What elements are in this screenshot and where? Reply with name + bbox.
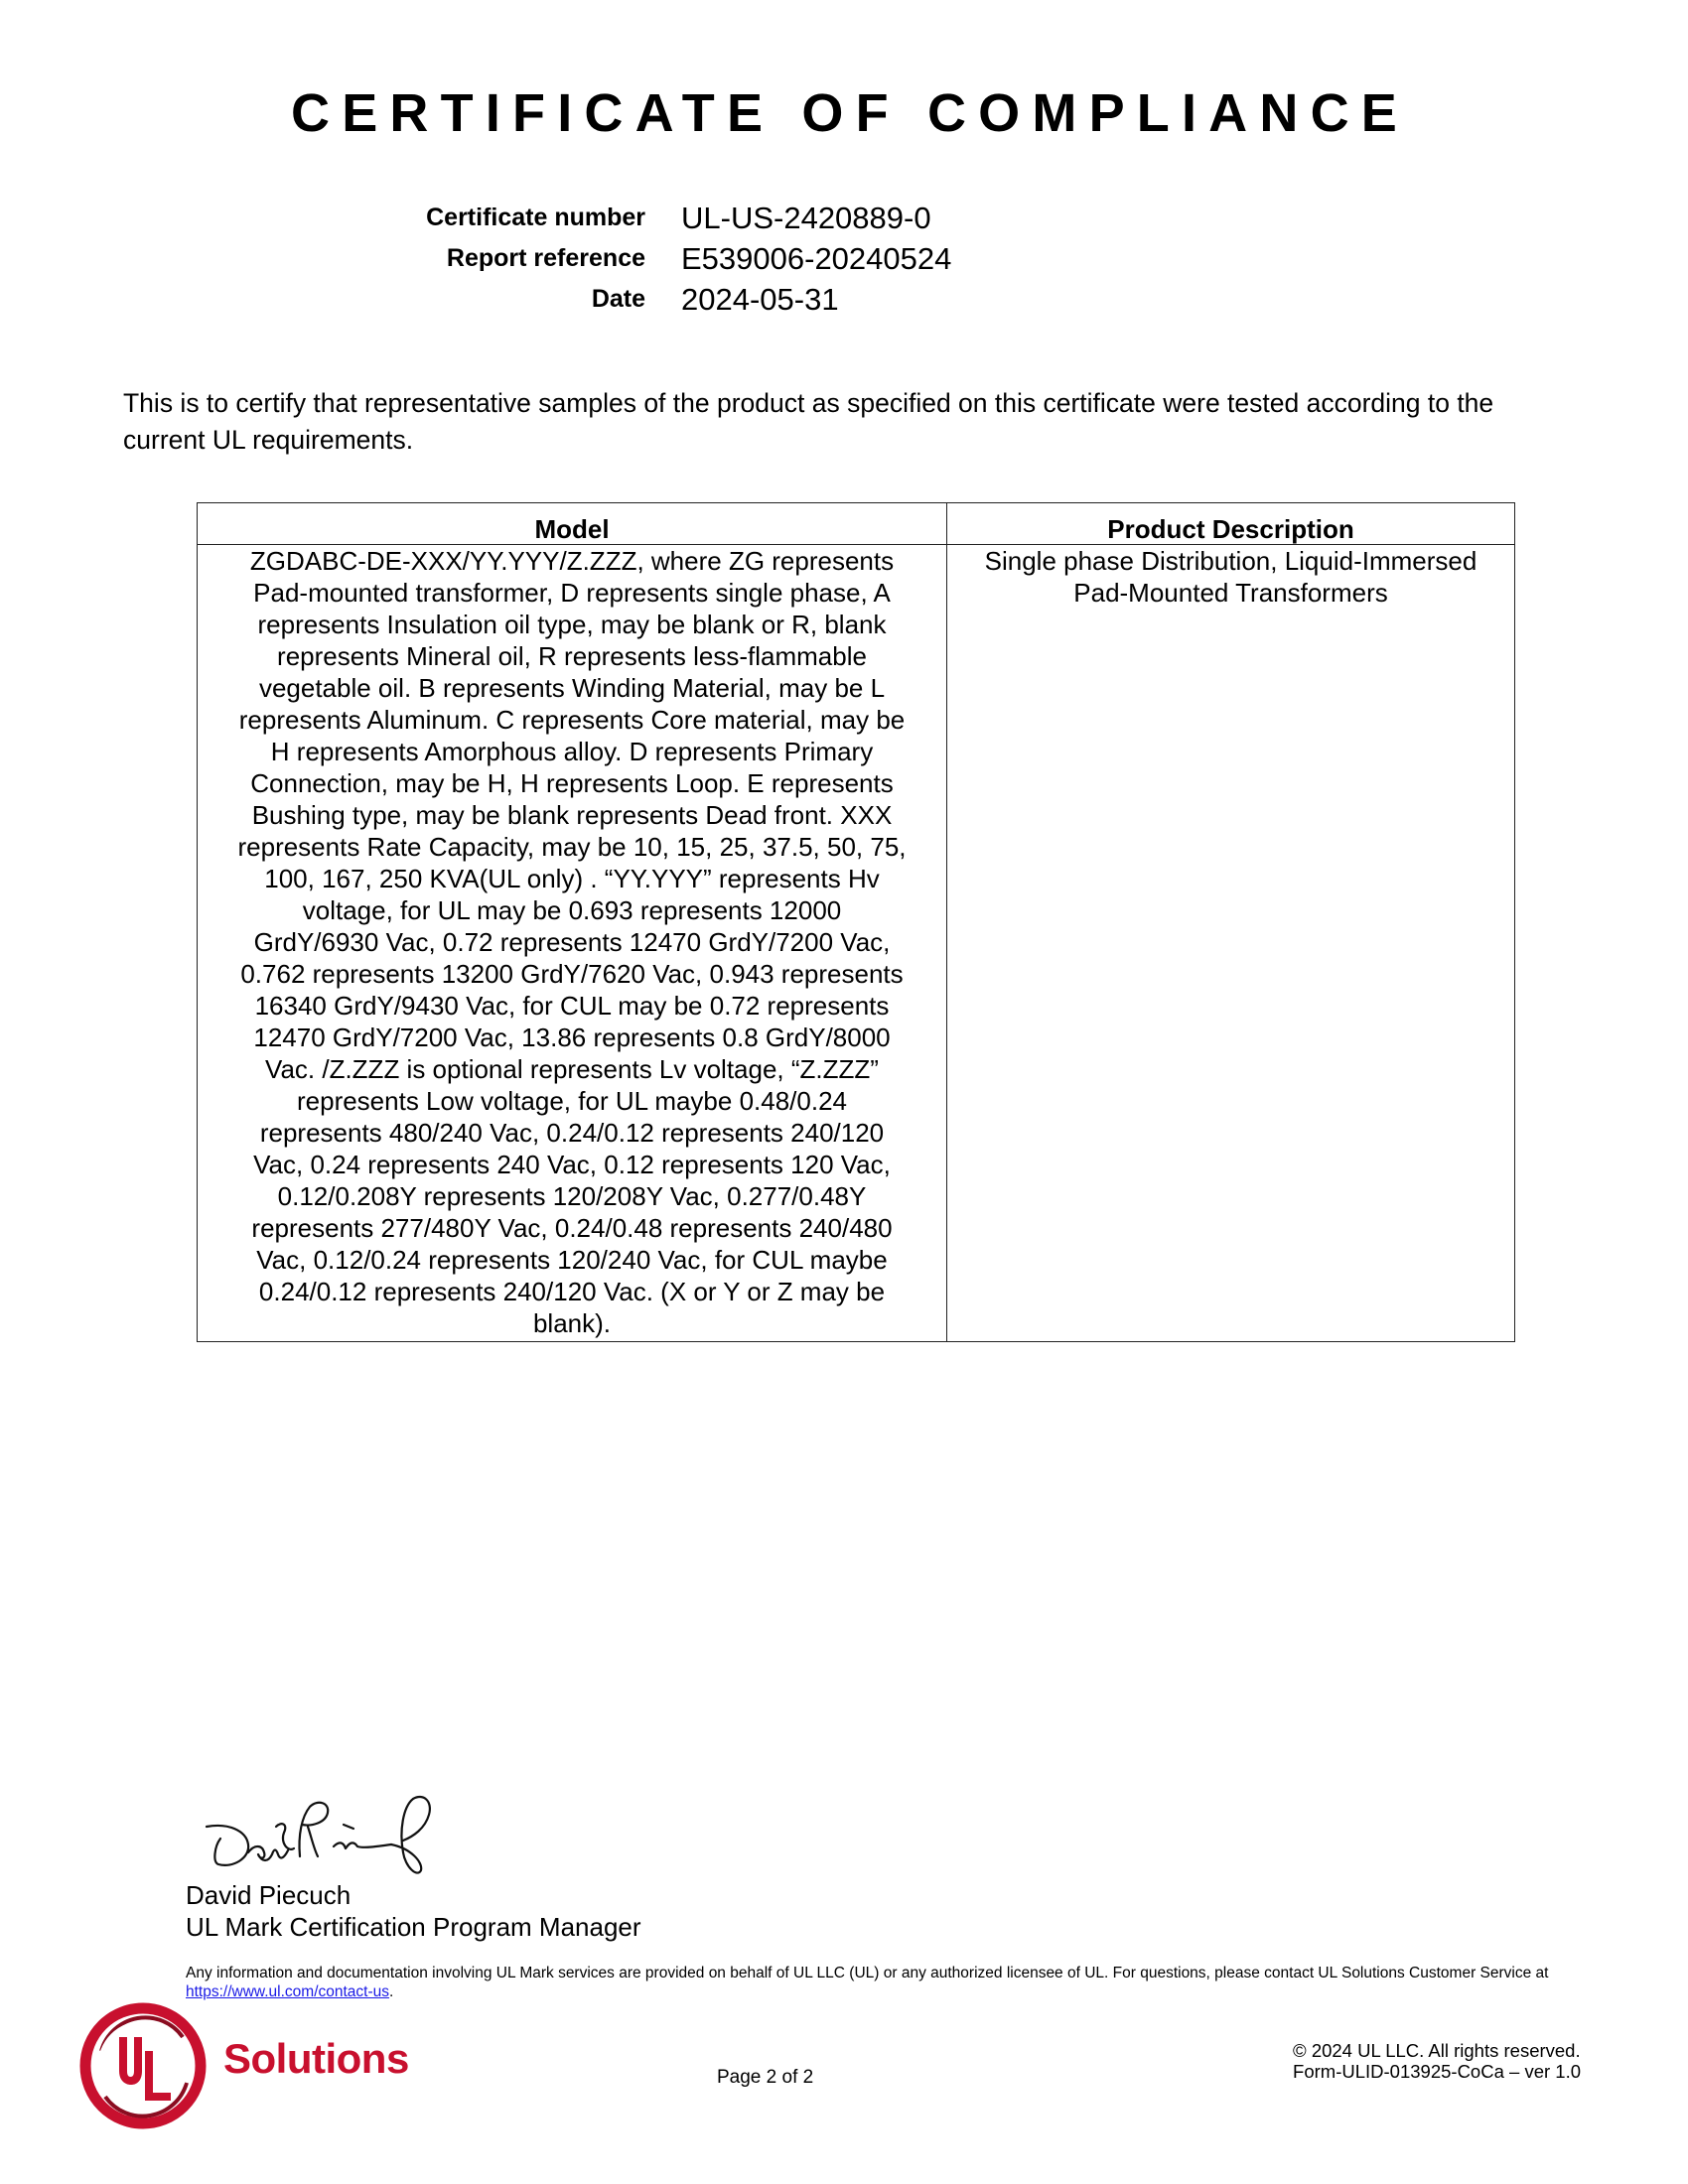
model-text-line: blank). — [204, 1307, 940, 1339]
report-reference-label: Report reference — [447, 244, 645, 273]
contact-us-link[interactable]: https://www.ul.com/contact-us — [186, 1983, 389, 2000]
model-text-line: GrdY/6930 Vac, 0.72 represents 12470 Grd… — [204, 926, 940, 958]
column-header-model: Model — [198, 503, 947, 545]
ul-solutions-wordmark: Solutions — [223, 2035, 409, 2083]
model-text-line: Vac. /Z.ZZZ is optional represents Lv vo… — [204, 1053, 940, 1085]
model-text-line: vegetable oil. B represents Winding Mate… — [204, 672, 940, 704]
table-header-row: Model Product Description — [198, 503, 1515, 545]
page-number: Page 2 of 2 — [717, 2067, 813, 2089]
date-row: Date 2024-05-31 — [298, 278, 1092, 318]
model-text-line: Vac, 0.12/0.24 represents 120/240 Vac, f… — [204, 1244, 940, 1276]
model-text-line: represents Rate Capacity, may be 10, 15,… — [204, 831, 940, 863]
model-text-line: Vac, 0.24 represents 240 Vac, 0.12 repre… — [204, 1149, 940, 1180]
disclaimer-end: . — [389, 1983, 393, 2000]
model-text-line: voltage, for UL may be 0.693 represents … — [204, 894, 940, 926]
model-text-line: Connection, may be H, H represents Loop.… — [204, 767, 940, 799]
disclaimer-text: Any information and documentation involv… — [186, 1965, 1548, 1981]
signer-title: UL Mark Certification Program Manager — [186, 1911, 641, 1943]
form-id: Form-ULID-013925-CoCa – ver 1.0 — [1293, 2061, 1581, 2082]
column-header-product-description: Product Description — [947, 503, 1515, 545]
disclaimer: Any information and documentation involv… — [186, 1964, 1596, 2001]
copyright-text: © 2024 UL LLC. All rights reserved. — [1293, 2040, 1581, 2061]
copyright-block: © 2024 UL LLC. All rights reserved. Form… — [1293, 2040, 1581, 2082]
description-text-line: Pad-Mounted Transformers — [953, 577, 1508, 609]
signer-name: David Piecuch — [186, 1879, 351, 1911]
report-reference-value: E539006-20240524 — [681, 241, 951, 277]
model-text-line: represents Aluminum. C represents Core m… — [204, 704, 940, 736]
table-row: ZGDABC-DE-XXX/YY.YYY/Z.ZZZ, where ZG rep… — [198, 545, 1515, 1342]
model-text-line: 0.762 represents 13200 GrdY/7620 Vac, 0.… — [204, 958, 940, 990]
description-text-line: Single phase Distribution, Liquid-Immers… — [953, 545, 1508, 577]
report-reference-row: Report reference E539006-20240524 — [298, 237, 1092, 277]
model-text-line: 12470 GrdY/7200 Vac, 13.86 represents 0.… — [204, 1022, 940, 1053]
model-text-line: Bushing type, may be blank represents De… — [204, 799, 940, 831]
certificate-number-value: UL-US-2420889-0 — [681, 201, 931, 236]
model-text-line: Pad-mounted transformer, D represents si… — [204, 577, 940, 609]
date-label: Date — [592, 285, 645, 314]
certificate-number-row: Certificate number UL-US-2420889-0 — [298, 197, 1092, 236]
document-title: CERTIFICATE OF COMPLIANCE — [0, 83, 1688, 143]
model-description-table: Model Product Description ZGDABC-DE-XXX/… — [197, 502, 1515, 1342]
model-text-line: 0.24/0.12 represents 240/120 Vac. (X or … — [204, 1276, 940, 1307]
model-text-line: represents Low voltage, for UL maybe 0.4… — [204, 1085, 940, 1117]
product-description-cell: Single phase Distribution, Liquid-Immers… — [947, 545, 1515, 1342]
model-text-line: represents Mineral oil, R represents les… — [204, 640, 940, 672]
model-cell: ZGDABC-DE-XXX/YY.YYY/Z.ZZZ, where ZG rep… — [198, 545, 947, 1342]
ul-logo-icon — [79, 2001, 209, 2130]
model-text-line: 16340 GrdY/9430 Vac, for CUL may be 0.72… — [204, 990, 940, 1022]
certificate-number-label: Certificate number — [426, 204, 645, 232]
certification-statement: This is to certify that representative s… — [123, 385, 1573, 459]
model-text-line: 100, 167, 250 KVA(UL only) . “YY.YYY” re… — [204, 863, 940, 894]
model-text-line: represents 277/480Y Vac, 0.24/0.48 repre… — [204, 1212, 940, 1244]
model-text-line: represents Insulation oil type, may be b… — [204, 609, 940, 640]
model-text-line: represents 480/240 Vac, 0.24/0.12 repres… — [204, 1117, 940, 1149]
signature-icon — [199, 1783, 457, 1882]
date-value: 2024-05-31 — [681, 282, 839, 318]
model-text-line: 0.12/0.208Y represents 120/208Y Vac, 0.2… — [204, 1180, 940, 1212]
model-text-line: H represents Amorphous alloy. D represen… — [204, 736, 940, 767]
model-text-line: ZGDABC-DE-XXX/YY.YYY/Z.ZZZ, where ZG rep… — [204, 545, 940, 577]
